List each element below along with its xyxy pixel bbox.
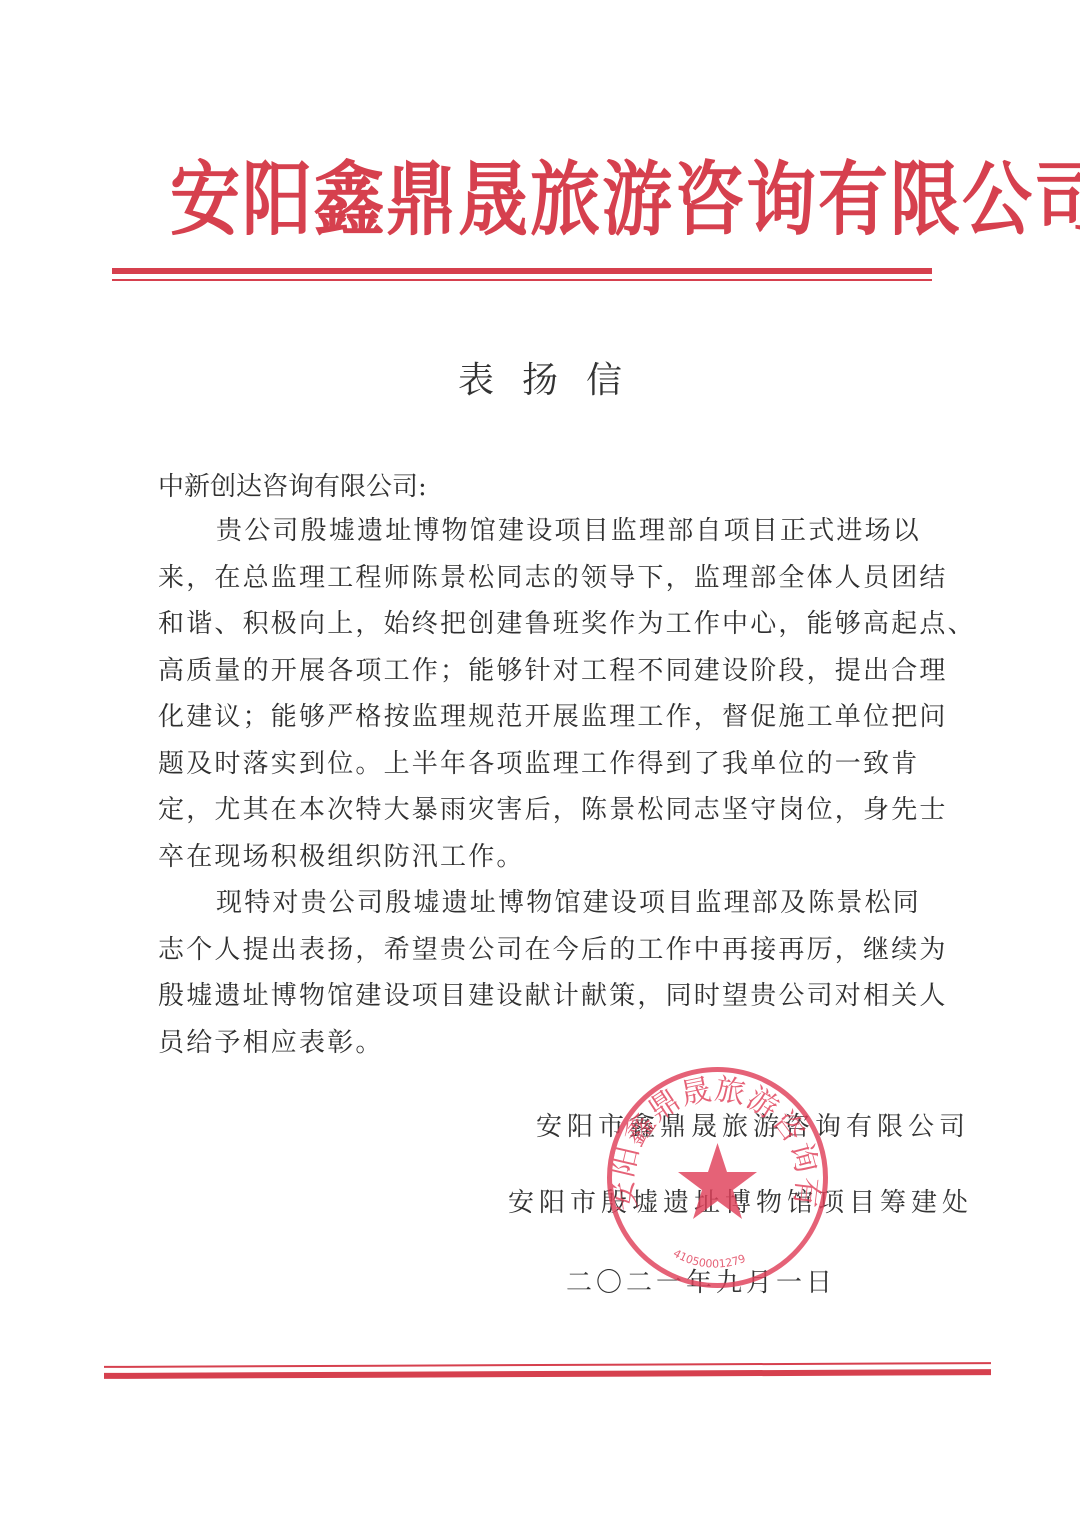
footer-divider-thin [104, 1362, 991, 1368]
paragraph-line: 卒在现场积极组织防汛工作。 [158, 834, 958, 881]
paragraph-line: 定，尤其在本次特大暴雨灾害后，陈景松同志坚守岗位，身先士 [158, 787, 958, 834]
letterhead-company-name: 安阳鑫鼎晟旅游咨询有限公司 [170, 143, 930, 258]
body-paragraph-1: 贵公司殷墟遗址博物馆建设项目监理部自项目正式进场以 来，在总监理工程师陈景松同志… [158, 508, 958, 880]
paragraph-line: 来，在总监理工程师陈景松同志的领导下，监理部全体人员团结 [158, 555, 958, 602]
signature-date: 二〇二一年九月一日 [566, 1262, 836, 1299]
paragraph-line: 题及时落实到位。上半年各项监理工作得到了我单位的一致肯 [158, 741, 958, 788]
paragraph-line: 员给予相应表彰。 [158, 1020, 958, 1067]
paragraph-line: 志个人提出表扬，希望贵公司在今后的工作中再接再厉，继续为 [158, 927, 958, 974]
seal-ring [610, 1070, 826, 1286]
signer-project-office: 安阳市殷墟遗址博物馆项目筹建处 [508, 1182, 973, 1219]
signer-company: 安阳市鑫鼎晟旅游咨询有限公司 [536, 1106, 970, 1143]
footer-divider-thick [104, 1369, 991, 1379]
paragraph-line: 贵公司殷墟遗址博物馆建设项目监理部自项目正式进场以 [158, 508, 958, 555]
official-seal: 安阳鑫鼎晟旅游咨询有限公司 41050001279 [605, 1065, 830, 1290]
letterhead-divider-thin [112, 279, 932, 281]
salutation: 中新创达咨询有限公司: [158, 466, 427, 503]
document-title: 表扬信 [0, 352, 1080, 403]
paragraph-line: 殷墟遗址博物馆建设项目建设献计献策，同时望贵公司对相关人 [158, 973, 958, 1020]
letterhead-divider-thick [112, 268, 932, 274]
paragraph-line: 高质量的开展各项工作；能够针对工程不同建设阶段，提出合理 [158, 648, 958, 695]
paragraph-line: 现特对贵公司殷墟遗址博物馆建设项目监理部及陈景松同 [158, 880, 958, 927]
paragraph-line: 和谐、积极向上，始终把创建鲁班奖作为工作中心，能够高起点、 [158, 601, 958, 648]
body-paragraph-2: 现特对贵公司殷墟遗址博物馆建设项目监理部及陈景松同 志个人提出表扬，希望贵公司在… [158, 880, 958, 1066]
paragraph-line: 化建议；能够严格按监理规范开展监理工作，督促施工单位把问 [158, 694, 958, 741]
